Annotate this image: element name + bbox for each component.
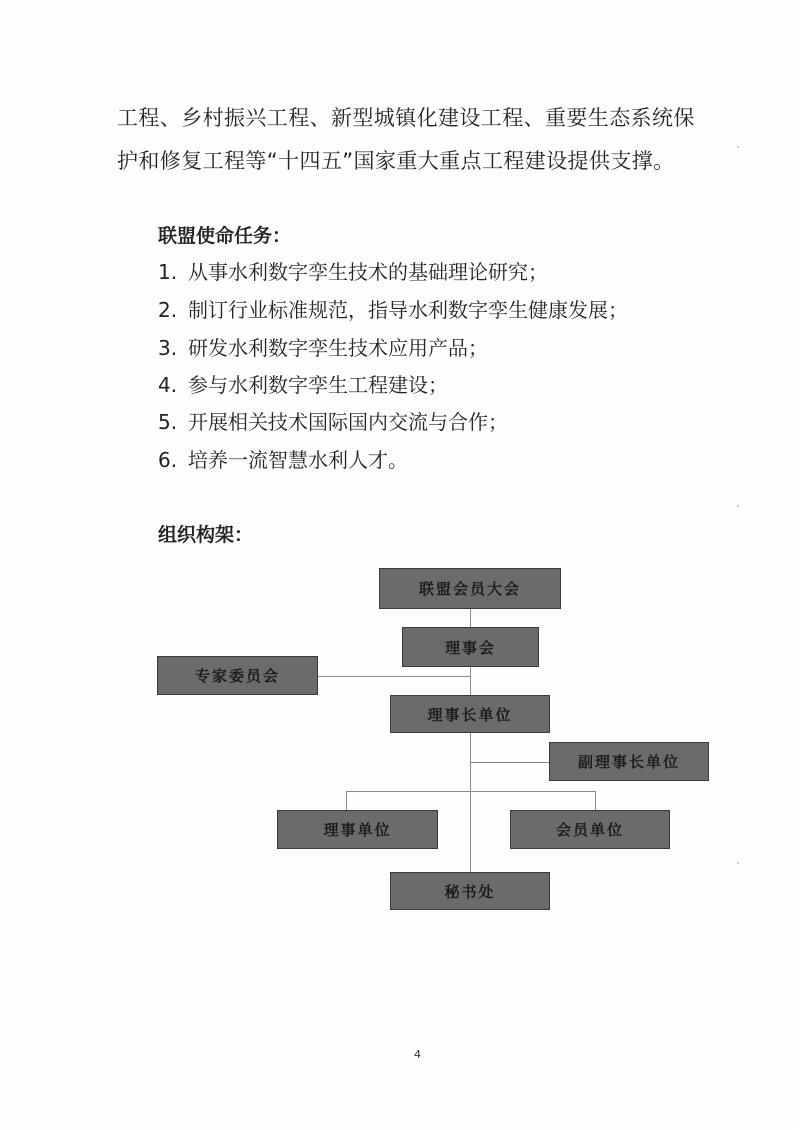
- org-heading: 组织构架：: [158, 522, 253, 548]
- org-box-secretariat: 秘书处: [390, 872, 550, 910]
- connector-assembly-council: [470, 608, 471, 627]
- mission-item-number: 4.: [158, 371, 188, 399]
- org-box-general-assembly: 联盟会员大会: [379, 568, 561, 609]
- org-box-vice-chairman-unit: 副理事长单位: [549, 742, 709, 781]
- mission-item-number: 3.: [158, 334, 188, 362]
- org-box-chairman-unit: 理事长单位: [390, 695, 550, 733]
- mission-item-text: 开展相关技术国际国内交流与合作；: [188, 410, 508, 434]
- mission-item-5: 5.开展相关技术国际国内交流与合作；: [158, 408, 508, 436]
- mission-item-text: 制订行业标准规范，指导水利数字孪生健康发展；: [188, 298, 628, 322]
- paragraph-line-1: 工程、乡村振兴工程、新型城镇化建设工程、重要生态系统保: [117, 104, 695, 132]
- org-box-expert-committee: 专家委员会: [157, 656, 318, 695]
- mission-item-4: 4.参与水利数字孪生工程建设；: [158, 371, 448, 399]
- mission-item-number: 6.: [158, 446, 188, 474]
- mission-item-text: 研发水利数字孪生技术应用产品；: [188, 336, 488, 360]
- mission-item-number: 1.: [158, 258, 188, 286]
- connector-chairman-secretariat: [470, 733, 471, 872]
- connector-member-unit: [595, 791, 596, 810]
- org-box-council: 理事会: [402, 627, 539, 667]
- paragraph-line-2: 护和修复工程等“十四五”国家重大重点工程建设提供支撑。: [117, 147, 675, 175]
- mission-item-2: 2.制订行业标准规范，指导水利数字孪生健康发展；: [158, 296, 628, 324]
- scan-speck: [737, 862, 739, 864]
- connector-expert-committee: [318, 676, 470, 677]
- org-box-director-unit: 理事单位: [277, 810, 438, 849]
- mission-item-3: 3.研发水利数字孪生技术应用产品；: [158, 334, 488, 362]
- document-page: 工程、乡村振兴工程、新型城镇化建设工程、重要生态系统保 护和修复工程等“十四五”…: [0, 0, 799, 1131]
- connector-vice-chairman: [470, 762, 549, 763]
- mission-item-number: 2.: [158, 296, 188, 324]
- connector-branch: [346, 791, 596, 792]
- mission-item-1: 1.从事水利数字孪生技术的基础理论研究；: [158, 258, 548, 286]
- mission-item-text: 从事水利数字孪生技术的基础理论研究；: [188, 260, 548, 284]
- mission-item-text: 参与水利数字孪生工程建设；: [188, 373, 448, 397]
- org-box-member-unit: 会员单位: [510, 810, 670, 849]
- scan-speck: [737, 146, 739, 148]
- scan-speck: [737, 505, 739, 507]
- connector-director-unit: [346, 791, 347, 810]
- mission-item-text: 培养一流智慧水利人才。: [188, 448, 408, 472]
- mission-item-number: 5.: [158, 408, 188, 436]
- page-number: 4: [414, 1048, 421, 1061]
- mission-heading: 联盟使命任务：: [158, 223, 291, 249]
- mission-item-6: 6.培养一流智慧水利人才。: [158, 446, 408, 474]
- connector-council-chairman: [470, 667, 471, 695]
